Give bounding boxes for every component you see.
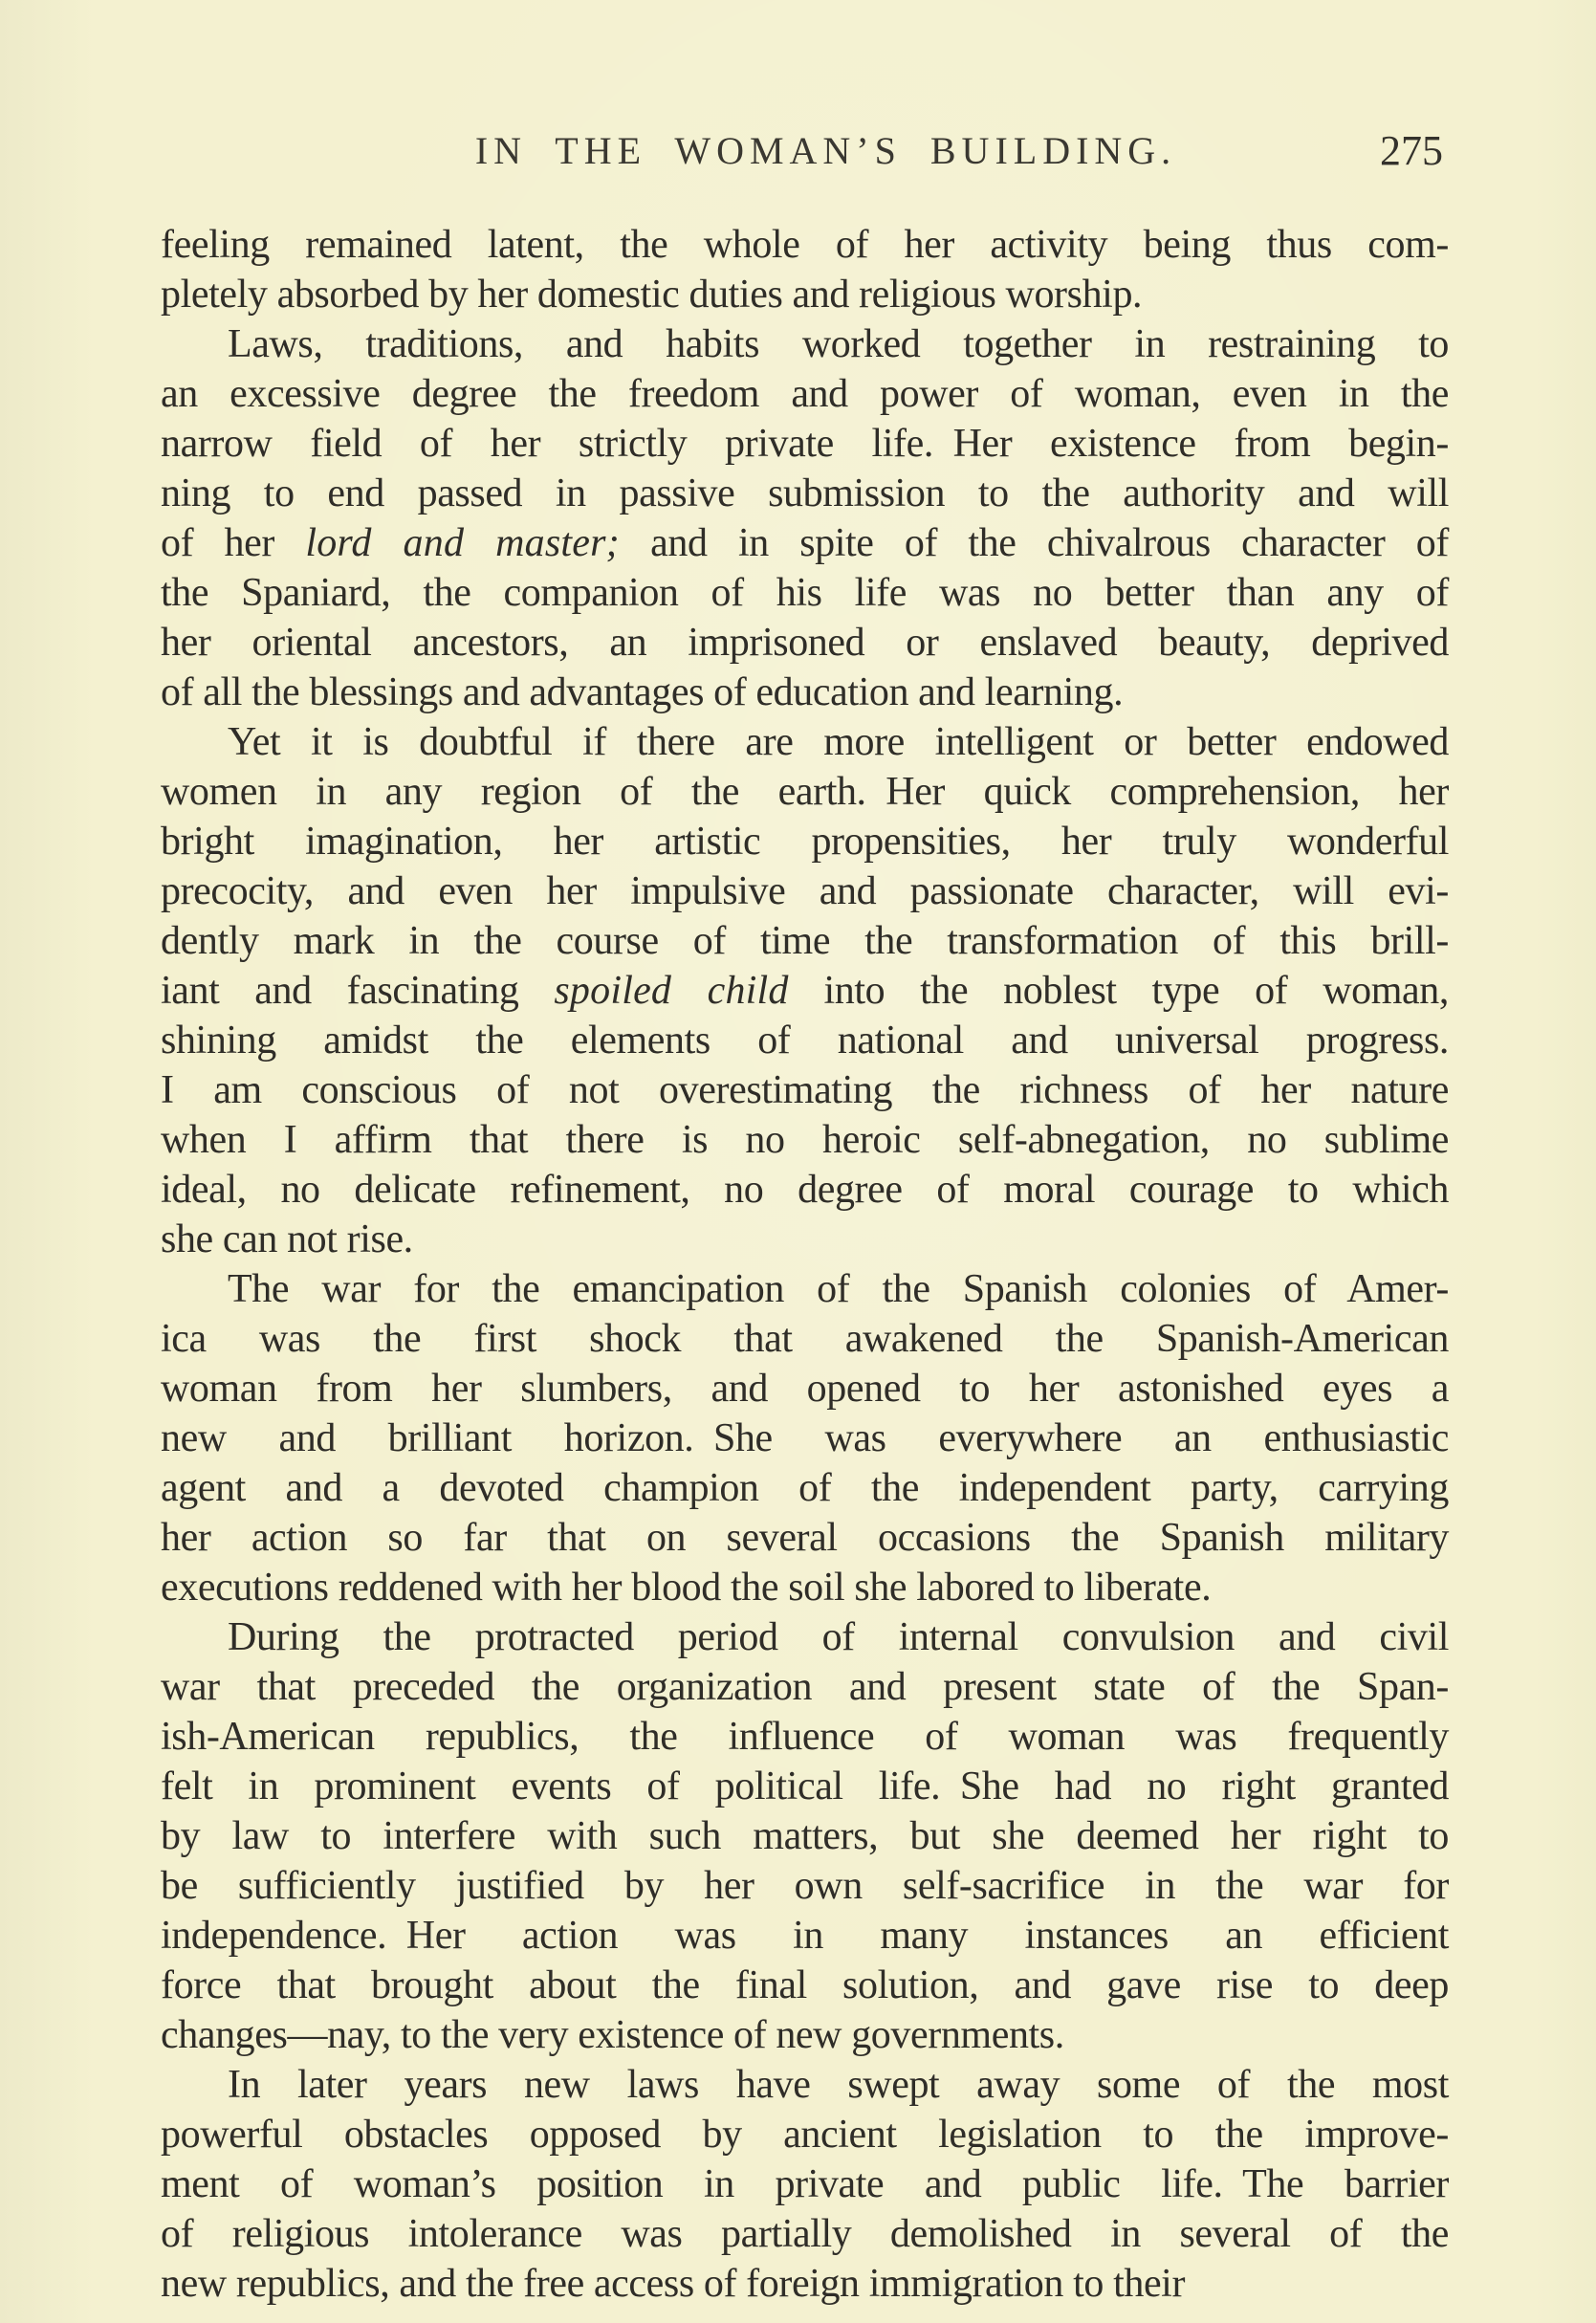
text-line: of all the blessings and advantages of e… [161, 668, 1449, 717]
text-line: pletely absorbed by her domestic duties … [161, 270, 1449, 319]
text-line: changes—nay, to the very existence of ne… [161, 2010, 1449, 2060]
text-run: narrow field of her strictly private lif… [161, 422, 1449, 466]
text-run: force that brought about the final solut… [161, 1963, 1449, 2007]
text-run: an excessive degree the freedom and powe… [161, 372, 1449, 416]
paragraph: Yet it is doubtful if there are more int… [161, 717, 1449, 1264]
running-title: IN THE WOMAN’S BUILDING. [475, 132, 1176, 170]
text-run: powerful obstacles opposed by ancient le… [161, 2113, 1449, 2157]
text-line: her action so far that on several occasi… [161, 1513, 1449, 1563]
text-line: ideal, no delicate refinement, no degree… [161, 1165, 1449, 1215]
text-line: feeling remained latent, the whole of he… [161, 220, 1449, 270]
text-line: ning to end passed in passive submission… [161, 469, 1449, 518]
text-run: by law to interfere with such matters, b… [161, 1814, 1449, 1858]
text-run: ning to end passed in passive submission… [161, 471, 1449, 515]
text-run: of all the blessings and advantages of e… [161, 670, 1123, 714]
text-line: narrow field of her strictly private lif… [161, 419, 1449, 469]
paragraph: During the protracted period of internal… [161, 1612, 1449, 2060]
paragraph: The war for the emancipation of the Span… [161, 1264, 1449, 1612]
text-line: The war for the emancipation of the Span… [161, 1264, 1449, 1314]
page-number: 275 [1380, 130, 1443, 172]
text-line: In later years new laws have swept away … [161, 2060, 1449, 2110]
paragraph: feeling remained latent, the whole of he… [161, 220, 1449, 319]
text-run: iant and fascinating [161, 969, 554, 1013]
text-run: ish-American republics, the influence of… [161, 1715, 1449, 1759]
text-line: women in any region of the earth. Her qu… [161, 767, 1449, 817]
text-line: she can not rise. [161, 1215, 1449, 1264]
text-line: of her lord and master; and in spite of … [161, 518, 1449, 568]
italic-phrase: spoiled child [554, 969, 788, 1013]
text-run: be sufficiently justified by her own sel… [161, 1864, 1449, 1908]
text-line: dently mark in the course of time the tr… [161, 916, 1449, 966]
text-line: woman from her slumbers, and opened to h… [161, 1364, 1449, 1414]
text-run: precocity, and even her impulsive and pa… [161, 869, 1449, 913]
text-line: of religious intolerance was partially d… [161, 2209, 1449, 2259]
text-run: and in spite of the chivalrous character… [620, 521, 1449, 565]
text-line: shining amidst the elements of national … [161, 1016, 1449, 1065]
text-run: changes—nay, to the very existence of ne… [161, 2013, 1064, 2057]
text-run: new republics, and the free access of fo… [161, 2262, 1185, 2306]
text-run: In later years new laws have swept away … [228, 2063, 1449, 2107]
text-run: I am conscious of not overestimating the… [161, 1068, 1449, 1112]
book-page: IN THE WOMAN’S BUILDING. 275 feeling rem… [0, 0, 1596, 2323]
text-run: During the protracted period of internal… [228, 1615, 1449, 1659]
text-run: executions reddened with her blood the s… [161, 1566, 1211, 1610]
text-run: feeling remained latent, the whole of he… [161, 223, 1449, 267]
text-line: force that brought about the final solut… [161, 1961, 1449, 2010]
text-line: when I affirm that there is no heroic se… [161, 1115, 1449, 1165]
text-run: when I affirm that there is no heroic se… [161, 1118, 1449, 1162]
text-line: an excessive degree the freedom and powe… [161, 369, 1449, 419]
text-run: The war for the emancipation of the Span… [228, 1267, 1449, 1311]
text-run: shining amidst the elements of national … [161, 1019, 1449, 1063]
text-run: ment of woman’s position in private and … [161, 2162, 1449, 2206]
text-run: her oriental ancestors, an imprisoned or… [161, 621, 1449, 665]
text-line: new and brilliant horizon. She was every… [161, 1414, 1449, 1463]
text-line: executions reddened with her blood the s… [161, 1563, 1449, 1612]
text-run: of her [161, 521, 305, 565]
text-run: war that preceded the organization and p… [161, 1665, 1449, 1709]
text-run: independence. Her action was in many ins… [161, 1914, 1449, 1958]
text-run: woman from her slumbers, and opened to h… [161, 1367, 1449, 1411]
text-line: bright imagination, her artistic propens… [161, 817, 1449, 866]
text-run: into the noblest type of woman, [789, 969, 1449, 1013]
text-line: precocity, and even her impulsive and pa… [161, 866, 1449, 916]
text-line: felt in prominent events of political li… [161, 1762, 1449, 1811]
text-line: independence. Her action was in many ins… [161, 1911, 1449, 1961]
text-line: the Spaniard, the companion of his life … [161, 568, 1449, 618]
text-line: iant and fascinating spoiled child into … [161, 966, 1449, 1016]
text-line: ish-American republics, the influence of… [161, 1712, 1449, 1762]
text-line: her oriental ancestors, an imprisoned or… [161, 618, 1449, 668]
text-line: I am conscious of not overestimating the… [161, 1065, 1449, 1115]
text-run: agent and a devoted champion of the inde… [161, 1466, 1449, 1510]
text-run: her action so far that on several occasi… [161, 1516, 1449, 1560]
text-line: powerful obstacles opposed by ancient le… [161, 2110, 1449, 2159]
text-line: by law to interfere with such matters, b… [161, 1811, 1449, 1861]
text-line: ment of woman’s position in private and … [161, 2159, 1449, 2209]
text-run: Yet it is doubtful if there are more int… [228, 720, 1449, 764]
text-line: Laws, traditions, and habits worked toge… [161, 319, 1449, 369]
text-run: ica was the first shock that awakened th… [161, 1317, 1449, 1361]
text-run: the Spaniard, the companion of his life … [161, 571, 1449, 615]
text-run: ideal, no delicate refinement, no degree… [161, 1168, 1449, 1212]
paragraph: Laws, traditions, and habits worked toge… [161, 319, 1449, 717]
text-run: dently mark in the course of time the tr… [161, 919, 1449, 963]
page-header: IN THE WOMAN’S BUILDING. 275 [161, 124, 1449, 170]
text-line: Yet it is doubtful if there are more int… [161, 717, 1449, 767]
text-line: During the protracted period of internal… [161, 1612, 1449, 1662]
text-line: ica was the first shock that awakened th… [161, 1314, 1449, 1364]
text-run: of religious intolerance was partially d… [161, 2212, 1449, 2256]
paragraph: In later years new laws have swept away … [161, 2060, 1449, 2309]
italic-phrase: lord and master; [305, 521, 619, 565]
text-run: women in any region of the earth. Her qu… [161, 770, 1449, 814]
text-run: new and brilliant horizon. She was every… [161, 1416, 1449, 1460]
text-run: bright imagination, her artistic propens… [161, 820, 1449, 864]
text-line: new republics, and the free access of fo… [161, 2259, 1449, 2309]
text-line: be sufficiently justified by her own sel… [161, 1861, 1449, 1911]
page-body: feeling remained latent, the whole of he… [161, 220, 1449, 2309]
text-line: agent and a devoted champion of the inde… [161, 1463, 1449, 1513]
text-line: war that preceded the organization and p… [161, 1662, 1449, 1712]
text-run: felt in prominent events of political li… [161, 1764, 1449, 1808]
text-run: she can not rise. [161, 1217, 413, 1261]
text-run: Laws, traditions, and habits worked toge… [228, 322, 1449, 366]
text-run: pletely absorbed by her domestic duties … [161, 273, 1142, 317]
